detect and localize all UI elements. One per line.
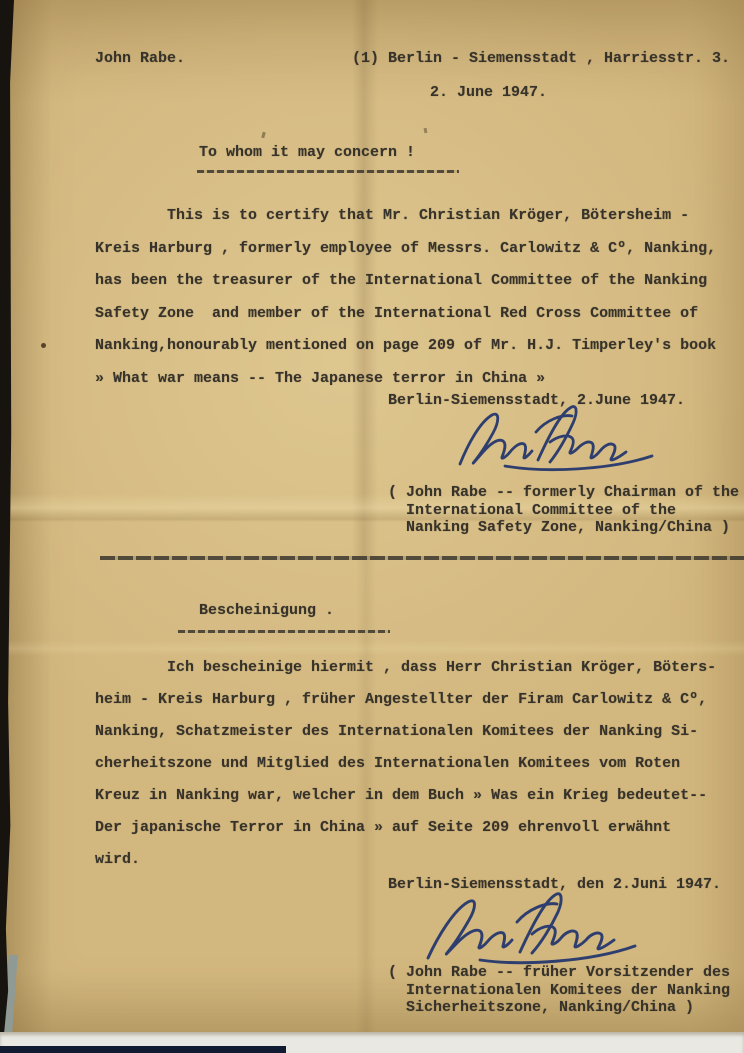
german-heading: Bescheinigung . bbox=[199, 602, 334, 619]
paper-speck bbox=[261, 132, 265, 139]
section-separator bbox=[100, 556, 744, 560]
paper-speck bbox=[424, 128, 428, 133]
letter-date: 2. June 1947. bbox=[430, 84, 547, 101]
archive-bar bbox=[0, 1046, 286, 1053]
signature-john-rabe-english bbox=[450, 402, 690, 472]
german-heading-underline bbox=[178, 630, 390, 633]
sender-name: John Rabe. bbox=[95, 50, 185, 67]
sender-address: (1) Berlin - Siemensstadt , Harriesstr. … bbox=[352, 50, 730, 67]
certification-paragraph-english: This is to certify that Mr. Christian Kr… bbox=[95, 200, 744, 395]
scanned-letter-page: John Rabe. (1) Berlin - Siemensstadt , H… bbox=[0, 0, 744, 1032]
signature-john-rabe-german bbox=[420, 890, 685, 965]
salutation-underline bbox=[197, 170, 459, 173]
paper-speck bbox=[41, 343, 46, 348]
certification-paragraph-german: Ich bescheinige hiermit , dass Herr Chri… bbox=[95, 652, 744, 876]
salutation: To whom it may concern ! bbox=[199, 144, 415, 161]
attribution-german: ( John Rabe -- früher Vorsitzender des I… bbox=[388, 964, 730, 1017]
attribution-english: ( John Rabe -- formerly Chairman of the … bbox=[388, 484, 739, 537]
